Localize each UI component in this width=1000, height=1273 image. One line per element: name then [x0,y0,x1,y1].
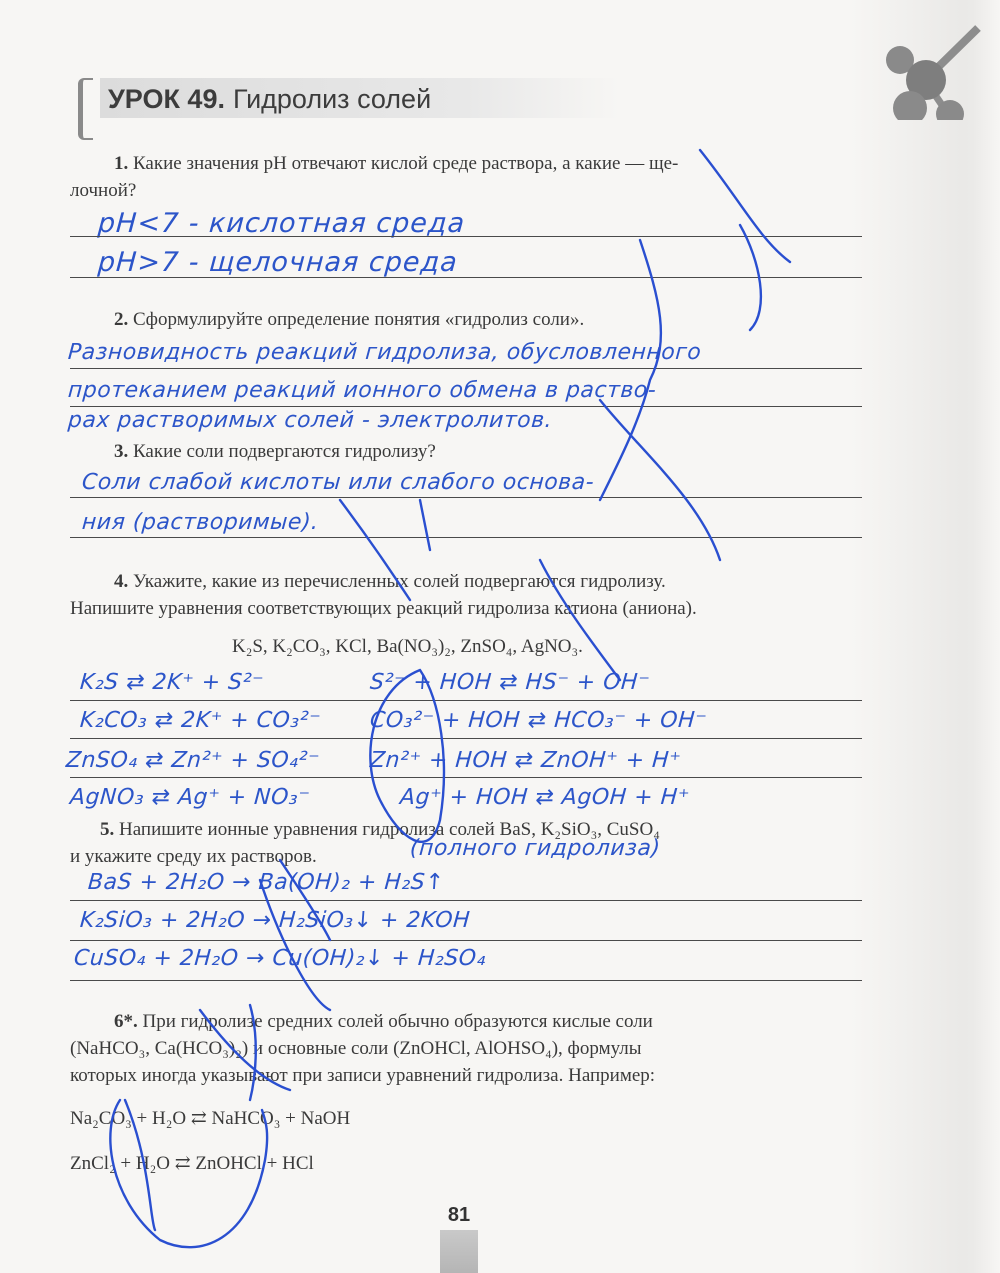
answer-rule [70,236,862,237]
molecule-illustration-icon [860,10,990,120]
question-3: 3. Какие соли подвергаются гидролизу? [70,438,862,465]
question-1-cont: лочной? [70,177,862,204]
question-4-cont: Напишите уравнения соответствующих реакц… [70,595,862,622]
question-6-cont-1: (NaHCO₃, Ca(HCO₃)₂) и основные соли (ZnO… [70,1035,862,1062]
answer-rule [70,738,862,739]
question-5-cont: и укажите среду их растворов. [70,843,317,870]
page-gutter-shadow [850,0,1000,1273]
question-number: 3. [114,441,128,462]
answer-1-line-2: pH>7 - щелочная среда [97,247,459,278]
question-4: 4. Укажите, какие из перечисленных солей… [70,568,862,595]
answer-4-hydrolysis-2: CO₃²⁻ + HOH ⇄ HCO₃⁻ + OH⁻ [369,708,708,733]
lesson-topic: Гидролиз солей [233,84,431,114]
answer-4-dissociation-2: K₂CO₃ ⇄ 2K⁺ + CO₃²⁻ [79,708,322,733]
answer-rule [70,700,862,701]
answer-4-dissociation-1: K₂S ⇄ 2K⁺ + S²⁻ [79,670,265,695]
question-text: Напишите уравнения соответствующих реакц… [70,598,697,619]
answer-5-line-1: BaS + 2H₂O → Ba(OH)₂ + H₂S↑ [87,870,445,895]
salts-list: K₂S, K₂CO₃, KCl, Ba(NO₃)₂, ZnSO₄, AgNO₃. [232,636,583,658]
question-text: Укажите, какие из перечисленных солей по… [133,571,666,592]
answer-rule [70,940,862,941]
answer-2-line-2: протеканием реакций ионного обмена в рас… [67,378,657,403]
answer-rule [70,497,862,498]
answer-4-hydrolysis-4: Ag⁺ + HOH ⇄ AgOH + H⁺ [399,785,691,810]
answer-4-hydrolysis-1: S²⁻ + HOH ⇄ HS⁻ + OH⁻ [369,670,651,695]
answer-5-line-2: K₂SiO₃ + 2H₂O → H₂SiO₃↓ + 2KOH [79,908,471,933]
question-text: и укажите среду их растворов. [70,846,317,867]
question-6-cont-2: которых иногда указывают при записи урав… [70,1062,862,1089]
answer-5-note: (полного гидролиза) [409,836,661,861]
lesson-title: УРОК 49.Гидролиз солей [108,84,431,115]
question-number: 6*. [114,1011,138,1032]
question-text: (NaHCO₃, Ca(HCO₃)₂) и основные соли (ZnO… [70,1038,642,1059]
question-text: Сформулируйте определение понятия «гидро… [133,309,584,330]
answer-rule [70,980,862,981]
answer-5-line-3: CuSO₄ + 2H₂O → Cu(OH)₂↓ + H₂SO₄ [73,946,487,971]
answer-4-dissociation-3: ZnSO₄ ⇄ Zn²⁺ + SO₄²⁻ [65,748,321,773]
answer-rule [70,900,862,901]
question-text: лочной? [70,180,136,201]
answer-4-hydrolysis-3: Zn²⁺ + HOH ⇄ ZnOH⁺ + H⁺ [369,748,682,773]
answer-rule [70,368,862,369]
page-number-tab [440,1230,478,1273]
page-number: 81 [440,1204,478,1227]
example-equation-1: Na₂CO₃ + H₂O ⇄ NaHCO₃ + NaOH [70,1107,350,1130]
example-equation-2: ZnCl₂ + H₂O ⇄ ZnOHCl + HCl [70,1152,314,1175]
question-text: При гидролизе средних солей обычно образ… [143,1011,653,1032]
answer-3-line-2: ния (растворимые). [81,510,319,535]
answer-3-line-1: Соли слабой кислоты или слабого основа- [81,470,595,495]
answer-2-line-1: Разновидность реакций гидролиза, обуслов… [67,340,702,365]
question-number: 4. [114,571,128,592]
question-1: 1. Какие значения pH отвечают кислой сре… [70,150,862,177]
header-bracket-icon [78,78,93,140]
lesson-label: УРОК 49. [108,84,225,114]
answer-rule [70,277,862,278]
question-text: Какие соли подвергаются гидролизу? [133,441,436,462]
question-6: 6*. При гидролизе средних солей обычно о… [70,1008,862,1035]
question-number: 1. [114,153,128,174]
answer-rule [70,406,862,407]
answer-rule [70,777,862,778]
question-number: 5. [100,819,114,840]
answer-2-line-3: рах растворимых солей - электролитов. [67,408,553,433]
lesson-header: УРОК 49.Гидролиз солей [78,72,638,126]
question-text: Какие значения pH отвечают кислой среде … [133,153,678,174]
answer-4-dissociation-4: AgNO₃ ⇄ Ag⁺ + NO₃⁻ [69,785,311,810]
answer-1-line-1: pH<7 - кислотная среда [97,208,466,239]
answer-rule [70,537,862,538]
question-2: 2. Сформулируйте определение понятия «ги… [70,306,862,333]
question-text: которых иногда указывают при записи урав… [70,1065,655,1086]
question-number: 2. [114,309,128,330]
